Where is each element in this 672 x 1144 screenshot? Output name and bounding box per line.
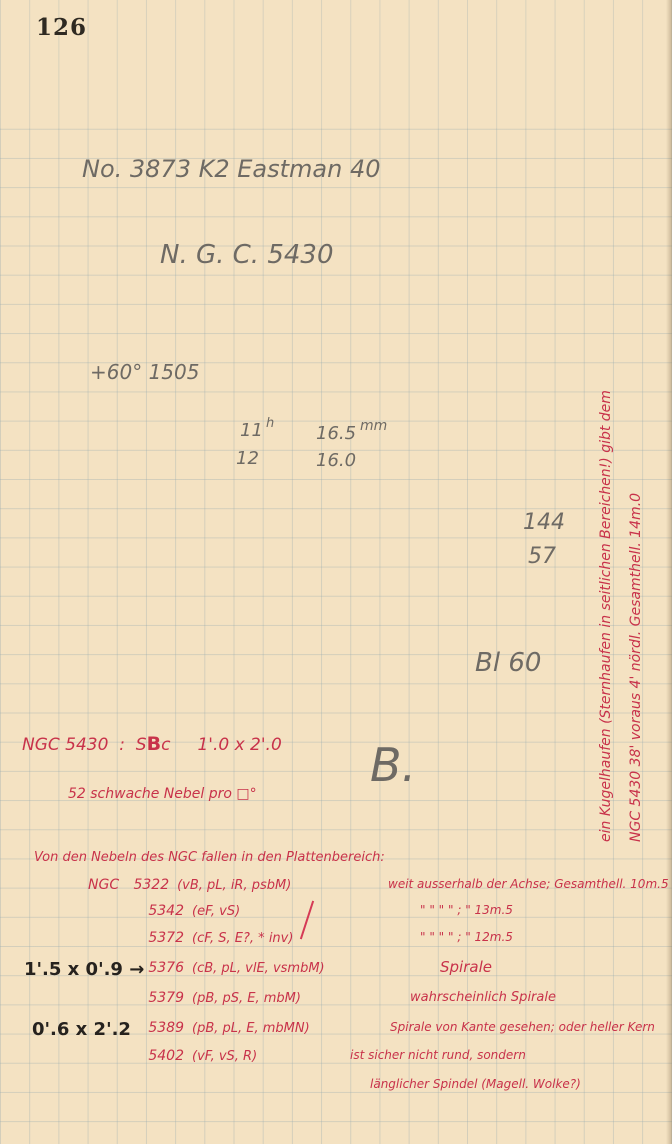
ngc-note: Spirale: [440, 958, 492, 976]
continuation-line: länglicher Spindel (Magell. Wolke?): [370, 1077, 581, 1091]
object-line: N. G. C. 5430: [160, 240, 334, 270]
ngc-desc: (pB, pL, E, mbMN): [192, 1021, 310, 1036]
ngc-desc: (cB, pL, vlE, vsmbM): [192, 961, 325, 976]
page-top-margin: [0, 0, 672, 128]
ngc-id: 5376: [140, 960, 184, 976]
ngc-row: 5379(pB, pS, E, mbM) wahrscheinlich Spir…: [140, 990, 301, 1006]
ngc-note: Spirale von Kante gesehen; oder heller K…: [390, 1020, 655, 1034]
declination: +60° 1505: [90, 360, 199, 384]
ngc-row: 5389(pB, pL, E, mbMN) Spirale von Kante …: [140, 1020, 310, 1036]
page-number: 126: [36, 14, 87, 41]
ngc-id: 5322: [125, 877, 169, 893]
size-annotation: 1'.5 x 0'.9 →: [24, 959, 144, 980]
density-note: 52 schwache Nebel pro □°: [68, 786, 257, 802]
observation-time-1: 11: [240, 420, 263, 441]
ngc-note: wahrscheinlich Spirale: [410, 990, 556, 1005]
page-edge-shadow: [666, 0, 672, 1144]
ngc-note: ist sicher nicht rund, sondern: [350, 1048, 526, 1062]
classification-object: NGC 5430: [22, 735, 108, 755]
type-prefix: S: [136, 735, 147, 755]
number-57: 57: [528, 544, 556, 569]
initial-b: B.: [370, 738, 416, 792]
size-annotation: 0'.6 x 2'.2: [32, 1019, 131, 1040]
ngc-desc: (eF, vS): [192, 904, 240, 919]
ngc-row: NGC5322(vB, pL, iR, psbM) weit ausserhal…: [88, 877, 291, 893]
ngc-id: 5389: [140, 1020, 184, 1036]
ngc-note: " " " " ; " 13m.5: [420, 903, 513, 917]
ngc-note: " " " " ; " 12m.5: [420, 930, 513, 944]
classification-line: NGC 5430 : SBc 1'.0 x 2'.0: [22, 733, 282, 755]
observation-time-2: 12: [236, 448, 259, 469]
ngc-note: weit ausserhalb der Achse; Gesamthell. 1…: [388, 877, 669, 891]
vertical-note-1: ein Kugelhaufen (Sternhaufen in seitlich…: [598, 390, 614, 842]
ngc-desc: (vB, pL, iR, psbM): [177, 878, 291, 893]
time-unit: h: [266, 416, 274, 431]
classification-size: 1'.0 x 2'.0: [197, 735, 281, 755]
bl-note: Bl 60: [475, 648, 541, 678]
ngc-row: 5376(cB, pL, vlE, vsmbM) Spirale: [140, 960, 325, 976]
ngc-desc: (pB, pS, E, mbM): [192, 991, 301, 1006]
ngc-row: 5402(vF, vS, R) ist sicher nicht rund, s…: [140, 1048, 257, 1064]
number-144: 144: [523, 510, 565, 535]
ngc-id: 5342: [140, 903, 184, 919]
vertical-note-2: NGC 5430 38' voraus 4' nördl. Gesamthell…: [628, 493, 644, 842]
observation-value-2: 16.0: [316, 450, 356, 471]
classification-separator: :: [119, 735, 125, 755]
intro-line: Von den Nebeln des NGC fallen in den Pla…: [34, 850, 385, 865]
ngc-id: 5379: [140, 990, 184, 1006]
ngc-row: 5342(eF, vS) " " " " ; " 13m.5: [140, 903, 240, 919]
ngc-row: 5372(cF, S, E?, * inv) " " " " ; " 12m.5: [140, 930, 293, 946]
ngc-desc: (vF, vS, R): [192, 1049, 257, 1064]
plate-line: No. 3873 K2 Eastman 40: [82, 155, 381, 183]
ngc-prefix: NGC: [88, 877, 119, 893]
ngc-id: 5402: [140, 1048, 184, 1064]
type-bar: B: [147, 733, 161, 755]
ngc-desc: (cF, S, E?, * inv): [192, 931, 293, 946]
type-suffix: c: [161, 735, 170, 755]
ngc-id: 5372: [140, 930, 184, 946]
observation-value-1: 16.5: [316, 423, 356, 444]
value-unit: mm: [360, 418, 387, 434]
